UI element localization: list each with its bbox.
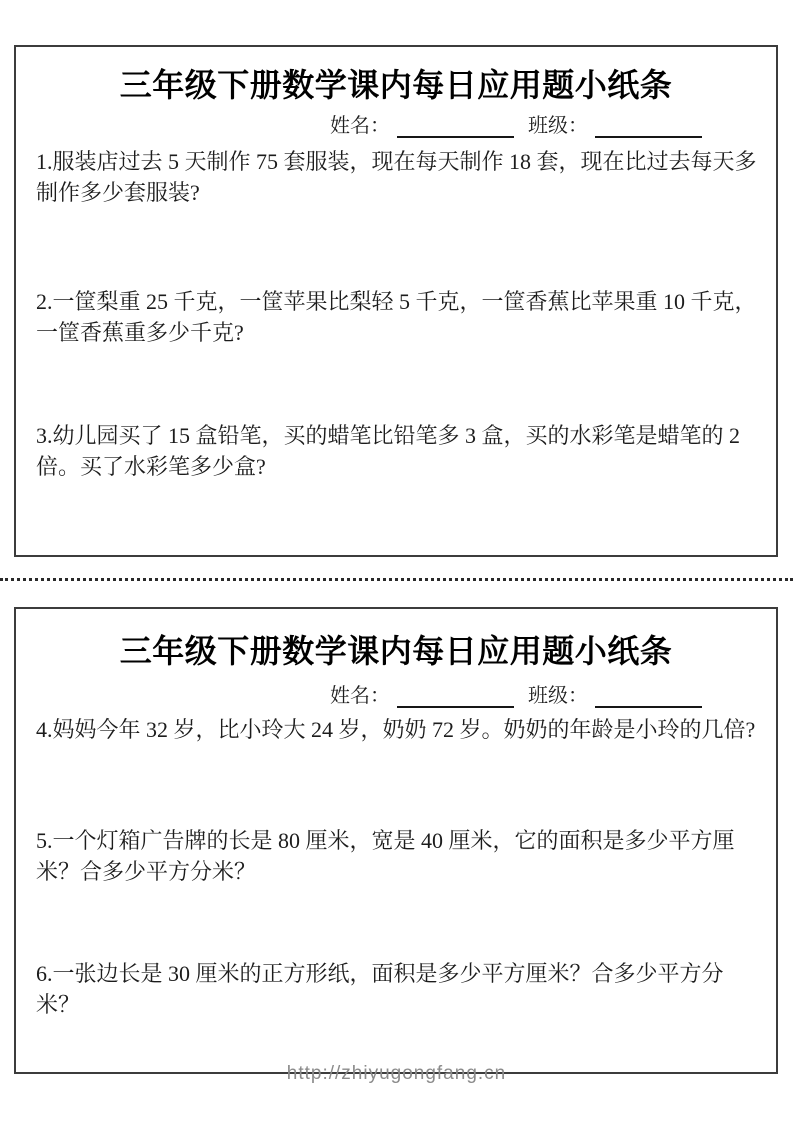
problem-6: 6.一张边长是 30 厘米的正方形纸，面积是多少平方厘米？合多少平方分米？ xyxy=(36,958,758,1020)
problem-1: 1.服装店过去 5 天制作 75 套服装，现在每天制作 18 套，现在比过去每天… xyxy=(36,146,758,208)
name-label: 姓名： xyxy=(330,109,390,138)
worksheet-page: 三年级下册数学课内每日应用题小纸条 姓名： 班级： 1.服装店过去 5 天制作 … xyxy=(0,0,793,1121)
class-label: 班级： xyxy=(528,679,588,708)
worksheet-card-1: 三年级下册数学课内每日应用题小纸条 姓名： 班级： 1.服装店过去 5 天制作 … xyxy=(14,45,778,557)
name-label: 姓名： xyxy=(330,679,390,708)
worksheet-title: 三年级下册数学课内每日应用题小纸条 xyxy=(16,60,776,106)
problem-2: 2.一筐梨重 25 千克，一筐苹果比梨轻 5 千克，一筐香蕉比苹果重 10 千克… xyxy=(36,286,758,348)
worksheet-title: 三年级下册数学课内每日应用题小纸条 xyxy=(16,626,776,672)
problem-5: 5.一个灯箱广告牌的长是 80 厘米，宽是 40 厘米，它的面积是多少平方厘米？… xyxy=(36,825,758,887)
dotted-cut-line xyxy=(0,578,793,581)
problem-3: 3.幼儿园买了 15 盒铅笔，买的蜡笔比铅笔多 3 盒，买的水彩笔是蜡笔的 2 … xyxy=(36,420,758,482)
name-class-row: 姓名： 班级： xyxy=(330,679,702,708)
class-blank-line xyxy=(595,116,702,138)
worksheet-card-2: 三年级下册数学课内每日应用题小纸条 姓名： 班级： 4.妈妈今年 32 岁，比小… xyxy=(14,607,778,1074)
class-label: 班级： xyxy=(528,109,588,138)
name-class-row: 姓名： 班级： xyxy=(330,109,702,138)
name-blank-line xyxy=(397,686,514,708)
footer-url: http://zhiyugongfang.cn xyxy=(0,1063,793,1085)
name-blank-line xyxy=(397,116,514,138)
class-blank-line xyxy=(595,686,702,708)
problem-4: 4.妈妈今年 32 岁，比小玲大 24 岁，奶奶 72 岁。奶奶的年龄是小玲的几… xyxy=(36,714,758,745)
